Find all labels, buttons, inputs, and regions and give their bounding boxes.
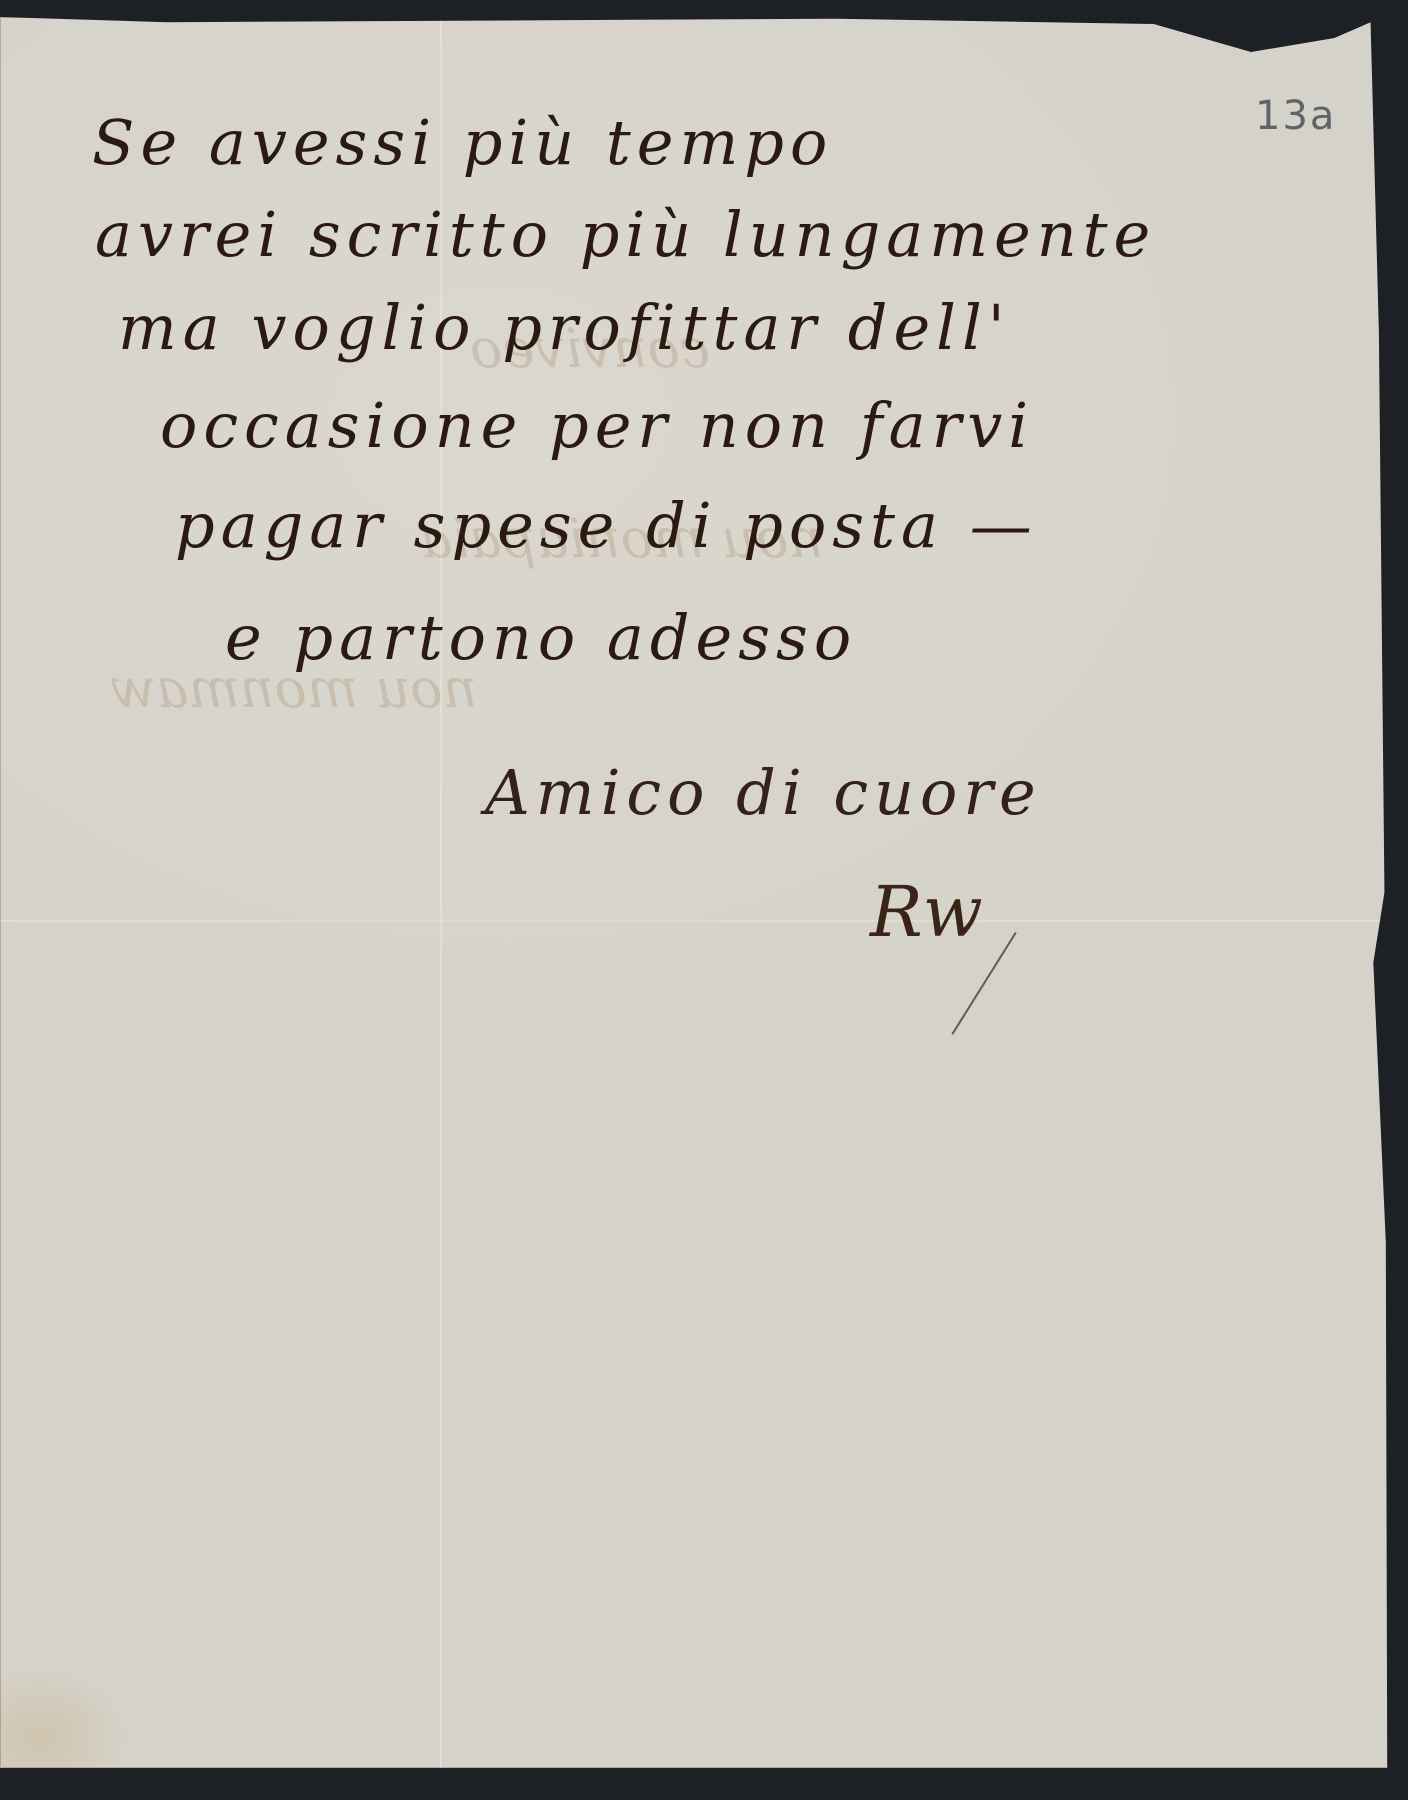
- letter-line-3: ma voglio profittar dell': [118, 297, 1011, 359]
- letter-page: conviveo nou moniapaia nou monmaw 13a Se…: [0, 17, 1390, 1768]
- letter-line-4: occasione per non farvi: [160, 395, 1034, 457]
- mounting-background: conviveo nou moniapaia nou monmaw 13a Se…: [0, 0, 1408, 1800]
- signature: Rw: [870, 877, 983, 947]
- letter-line-5: pagar spese di posta —: [175, 495, 1038, 557]
- letter-closing: Amico di cuore: [485, 762, 1042, 824]
- letter-line-2: avrei scritto più lungamente: [95, 204, 1156, 266]
- letter-line-1: Se avessi più tempo: [92, 112, 833, 174]
- letter-line-6: e partono adesso: [225, 607, 857, 669]
- horizontal-fold-line: [0, 920, 1390, 922]
- vertical-fold-line: [440, 17, 442, 1768]
- page-number: 13a: [1255, 93, 1336, 139]
